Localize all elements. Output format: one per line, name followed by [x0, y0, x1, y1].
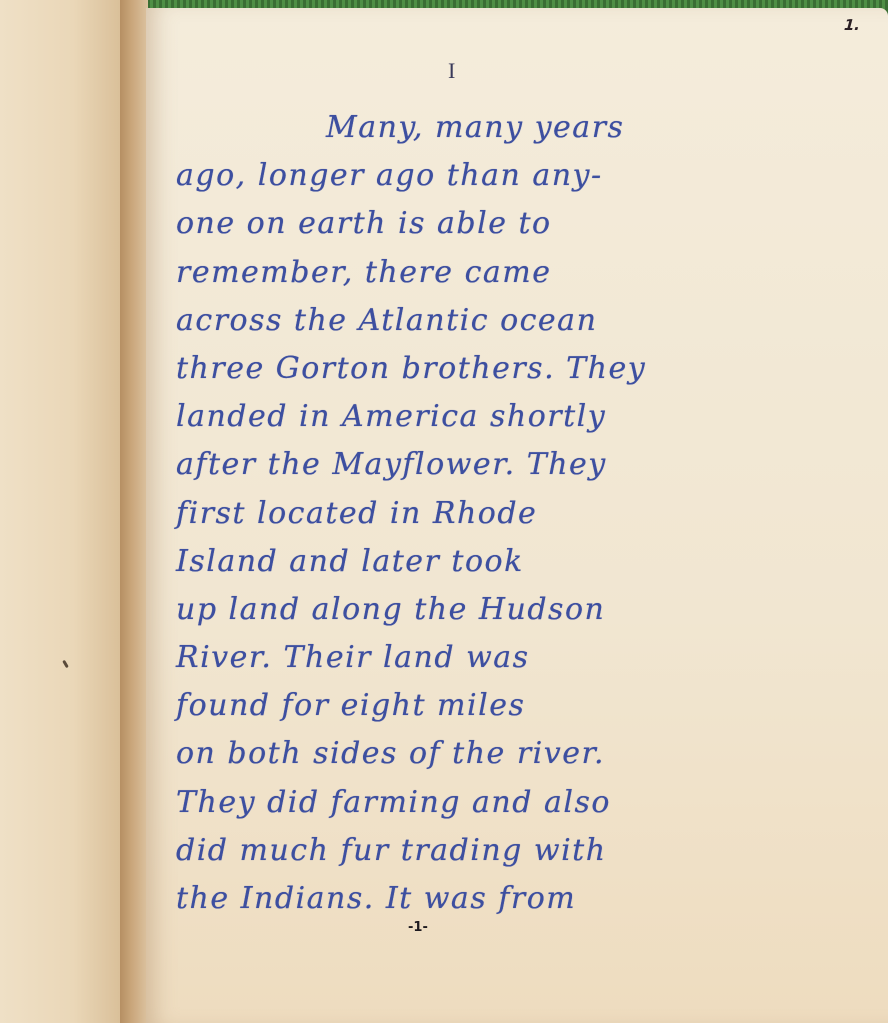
chapter-heading: I — [448, 58, 455, 84]
text-line: landed in America shortly — [176, 393, 856, 441]
page-number: 1. — [841, 16, 862, 34]
text-line: three Gorton brothers. They — [176, 345, 856, 393]
text-line: did much fur trading with — [176, 827, 856, 875]
book-spine — [120, 0, 148, 1023]
text-line: They did farming and also — [176, 779, 856, 827]
text-line: on both sides of the river. — [176, 730, 856, 778]
ink-mark — [62, 660, 69, 668]
handwritten-text: Many, many years ago, longer ago than an… — [176, 104, 856, 923]
text-line: first located in Rhode — [176, 490, 856, 538]
text-line: Island and later took — [176, 538, 856, 586]
text-line: after the Mayflower. They — [176, 441, 856, 489]
text-line: River. Their land was — [176, 634, 856, 682]
text-line: up land along the Hudson — [176, 586, 856, 634]
text-line: ago, longer ago than any- — [176, 152, 856, 200]
left-page — [0, 0, 122, 1023]
text-line: across the Atlantic ocean — [176, 297, 856, 345]
text-line: the Indians. It was from — [176, 875, 856, 923]
footer-page-mark: -1- — [408, 920, 428, 935]
text-line: Many, many years — [176, 104, 856, 152]
text-line: found for eight miles — [176, 682, 856, 730]
right-page: 1. I Many, many years ago, longer ago th… — [146, 8, 888, 1023]
text-line: remember, there came — [176, 249, 856, 297]
text-line: one on earth is able to — [176, 200, 856, 248]
